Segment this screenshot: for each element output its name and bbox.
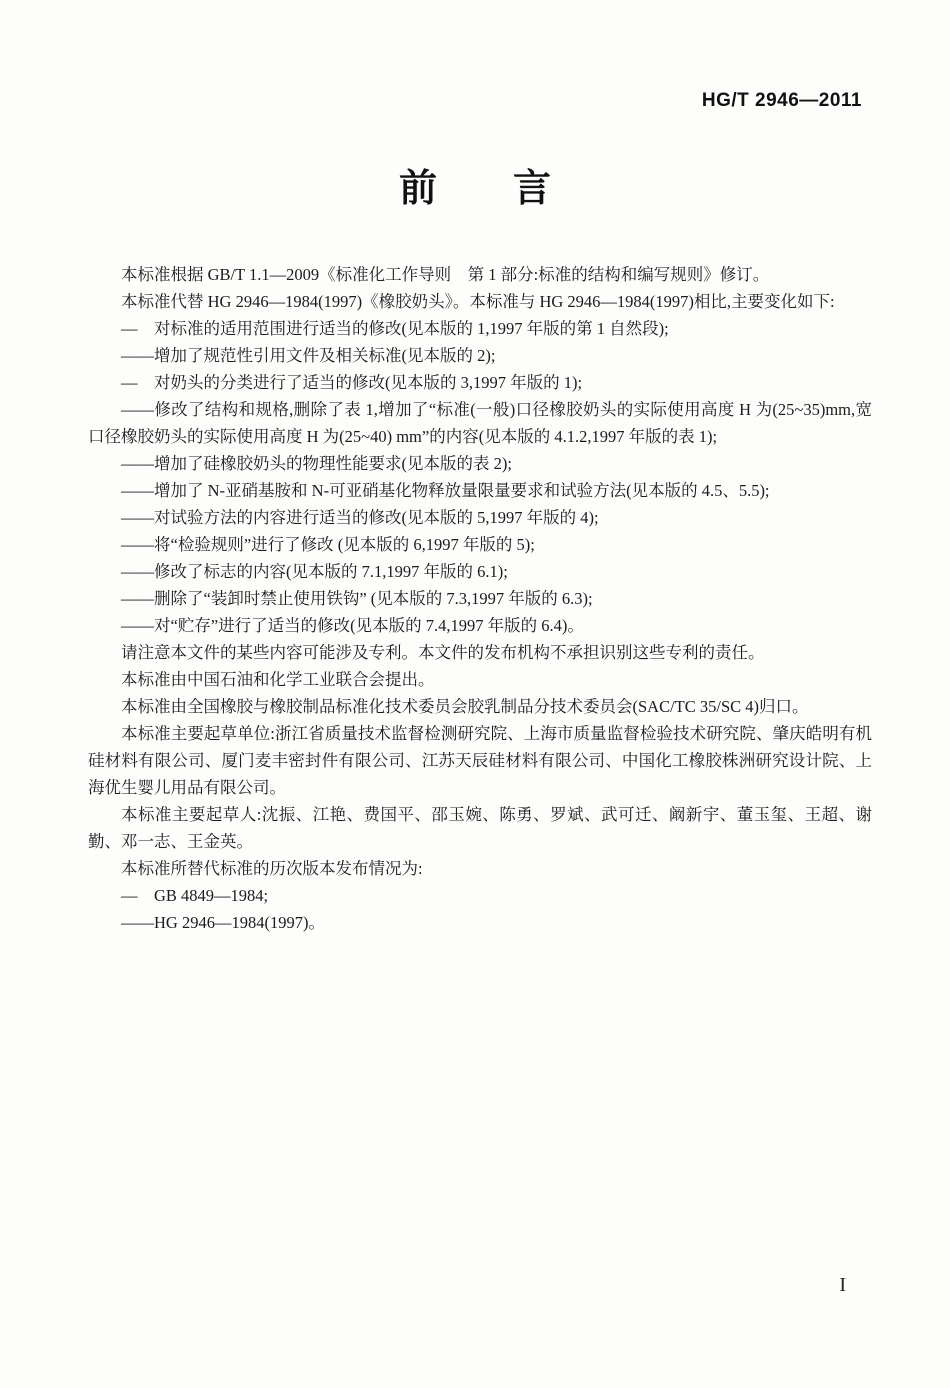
para-drafting-organizations: 本标准主要起草单位:浙江省质量技术监督检测研究院、上海市质量监督检验技术研究院、… xyxy=(88,720,872,801)
change-item-references: ——增加了规范性引用文件及相关标准(见本版的 2); xyxy=(88,342,872,369)
para-revision-basis: 本标准根据 GB/T 1.1—2009《标准化工作导则 第 1 部分:标准的结构… xyxy=(88,261,872,288)
para-proposed-by: 本标准由中国石油和化学工业联合会提出。 xyxy=(88,666,872,693)
change-item-iron-hook: ——删除了“装卸时禁止使用铁钩” (见本版的 7.3,1997 年版的 6.3)… xyxy=(88,585,872,612)
foreword-body: 本标准根据 GB/T 1.1—2009《标准化工作导则 第 1 部分:标准的结构… xyxy=(88,261,872,936)
para-under-jurisdiction: 本标准由全国橡胶与橡胶制品标准化技术委员会胶乳制品分技术委员会(SAC/TC 3… xyxy=(88,693,872,720)
change-item-storage: ——对“贮存”进行了适当的修改(见本版的 7.4,1997 年版的 6.4)。 xyxy=(88,612,872,639)
change-item-marking: ——修改了标志的内容(见本版的 7.1,1997 年版的 6.1); xyxy=(88,558,872,585)
change-item-classification: — 对奶头的分类进行了适当的修改(见本版的 3,1997 年版的 1); xyxy=(88,369,872,396)
change-item-structure: ——修改了结构和规格,删除了表 1,增加了“标准(一般)口径橡胶奶头的实际使用高… xyxy=(88,396,872,450)
para-drafters: 本标准主要起草人:沈振、江艳、费国平、邵玉婉、陈勇、罗斌、武可迁、阚新宇、董玉玺… xyxy=(88,801,872,855)
previous-edition-gb: — GB 4849—1984; xyxy=(88,882,872,909)
change-item-inspection-rules: ——将“检验规则”进行了修改 (见本版的 6,1997 年版的 5); xyxy=(88,531,872,558)
standard-number: HG/T 2946—2011 xyxy=(702,90,862,112)
para-previous-editions-intro: 本标准所替代标准的历次版本发布情况为: xyxy=(88,855,872,882)
page-number: I xyxy=(839,1274,846,1297)
change-item-scope: — 对标准的适用范围进行适当的修改(见本版的 1,1997 年版的第 1 自然段… xyxy=(88,315,872,342)
change-item-test-methods: ——对试验方法的内容进行适当的修改(见本版的 5,1997 年版的 4); xyxy=(88,504,872,531)
para-patent-note: 请注意本文件的某些内容可能涉及专利。本文件的发布机构不承担识别这些专利的责任。 xyxy=(88,639,872,666)
page-title: 前 言 xyxy=(0,168,950,212)
para-replaces-standard: 本标准代替 HG 2946—1984(1997)《橡胶奶头》。本标准与 HG 2… xyxy=(88,288,872,315)
change-item-nitrosamine: ——增加了 N-亚硝基胺和 N-可亚硝基化物释放量限量要求和试验方法(见本版的 … xyxy=(88,477,872,504)
document-page: HG/T 2946—2011 前 言 本标准根据 GB/T 1.1—2009《标… xyxy=(0,0,950,1388)
change-item-physical-props: ——增加了硅橡胶奶头的物理性能要求(见本版的表 2); xyxy=(88,450,872,477)
previous-edition-hg: ——HG 2946—1984(1997)。 xyxy=(88,909,872,936)
